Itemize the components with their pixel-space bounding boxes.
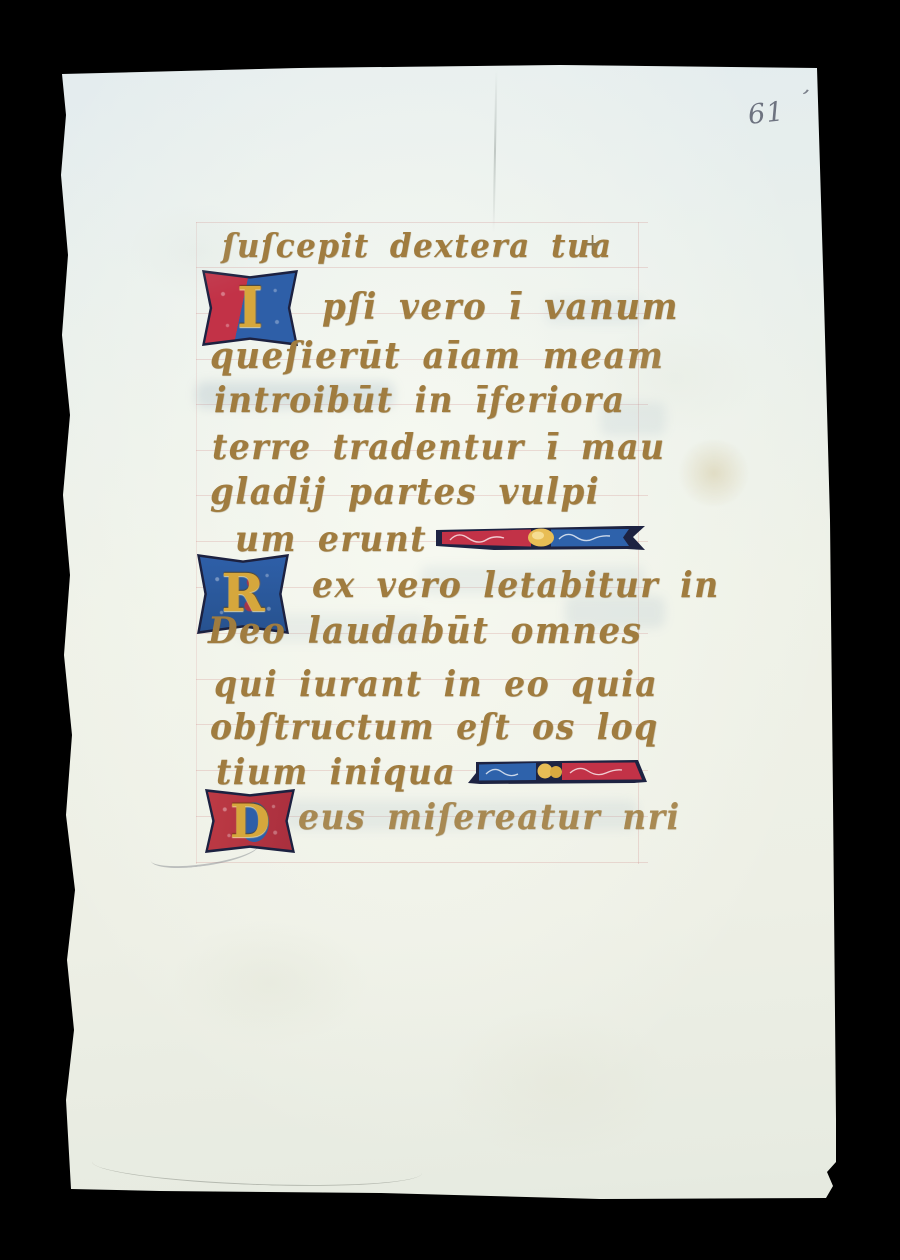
line-end-cross-mark: + xyxy=(584,230,602,260)
parchment-stain xyxy=(676,440,752,506)
parchment-crease xyxy=(91,1144,422,1190)
illuminated-initial-d: D xyxy=(205,789,295,853)
ruling-line-vertical-left xyxy=(196,222,197,864)
text-line: ex vero letabitur in xyxy=(312,566,720,605)
text-line: qui iurant in eo quia xyxy=(214,665,658,704)
text-line: Deo laudabūt omnes xyxy=(208,612,642,652)
initial-ground: D xyxy=(208,792,292,850)
ruling-line xyxy=(196,862,648,863)
line-filler-bar-red-gold-blue xyxy=(434,524,647,553)
ruling-line xyxy=(196,267,648,268)
text-line: um erunt xyxy=(235,520,427,559)
gold-letter: I xyxy=(237,280,263,336)
line-filler-bar-blue-gold-red xyxy=(466,758,650,786)
text-line: tium iniqua xyxy=(216,753,456,792)
text-line: ſuſcepit dextera tua xyxy=(222,228,612,264)
text-line: pſi vero ī vanum xyxy=(322,288,679,328)
text-line: gladij partes vulpi xyxy=(210,473,600,513)
gold-letter: D xyxy=(230,798,270,844)
text-line: eus miſereatur nri xyxy=(298,798,681,837)
ruling-line xyxy=(196,222,648,223)
initial-ground: I xyxy=(205,273,295,343)
manuscript-leaf: 61 ’ I xyxy=(0,0,900,1260)
text-line: obſtructum eſt os loq xyxy=(210,708,659,747)
text-line: terre tradentur ī mau xyxy=(212,428,666,467)
photo-background: 61 ’ I xyxy=(0,0,900,1260)
parchment-crease xyxy=(493,70,498,232)
folio-tick-mark: ’ xyxy=(797,87,810,110)
text-line: introibūt in īferiora xyxy=(214,381,625,420)
folio-number: 61 xyxy=(747,98,786,129)
text-line: queſierūt aīam meam xyxy=(210,337,664,377)
